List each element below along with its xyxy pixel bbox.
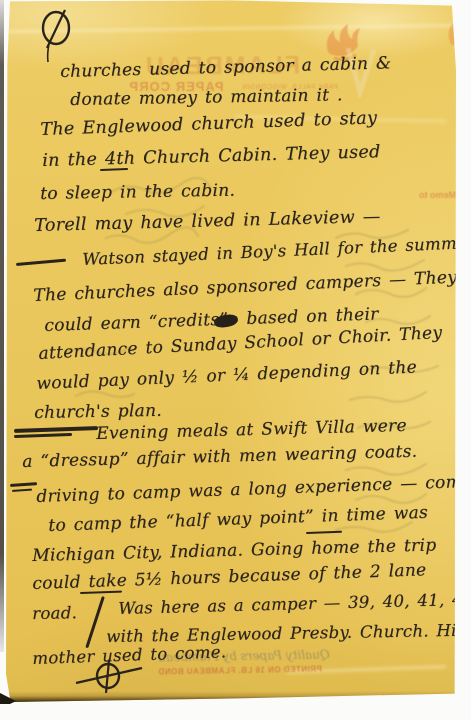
note-line: church's plan.	[34, 401, 162, 423]
note-line: to sleep in the cabin.	[40, 181, 235, 204]
scanner-edge-shadow	[0, 0, 4, 652]
note-line: road.	[32, 603, 77, 623]
note-paper: FLAMBEAU PAPER CORP PARK FALLS, WISCONSI…	[6, 0, 456, 702]
top-circled-mark	[34, 4, 86, 68]
scanned-page: FLAMBEAU PAPER CORP PARK FALLS, WISCONSI…	[0, 0, 471, 720]
paper-bottom-edge-shadow	[6, 691, 456, 702]
